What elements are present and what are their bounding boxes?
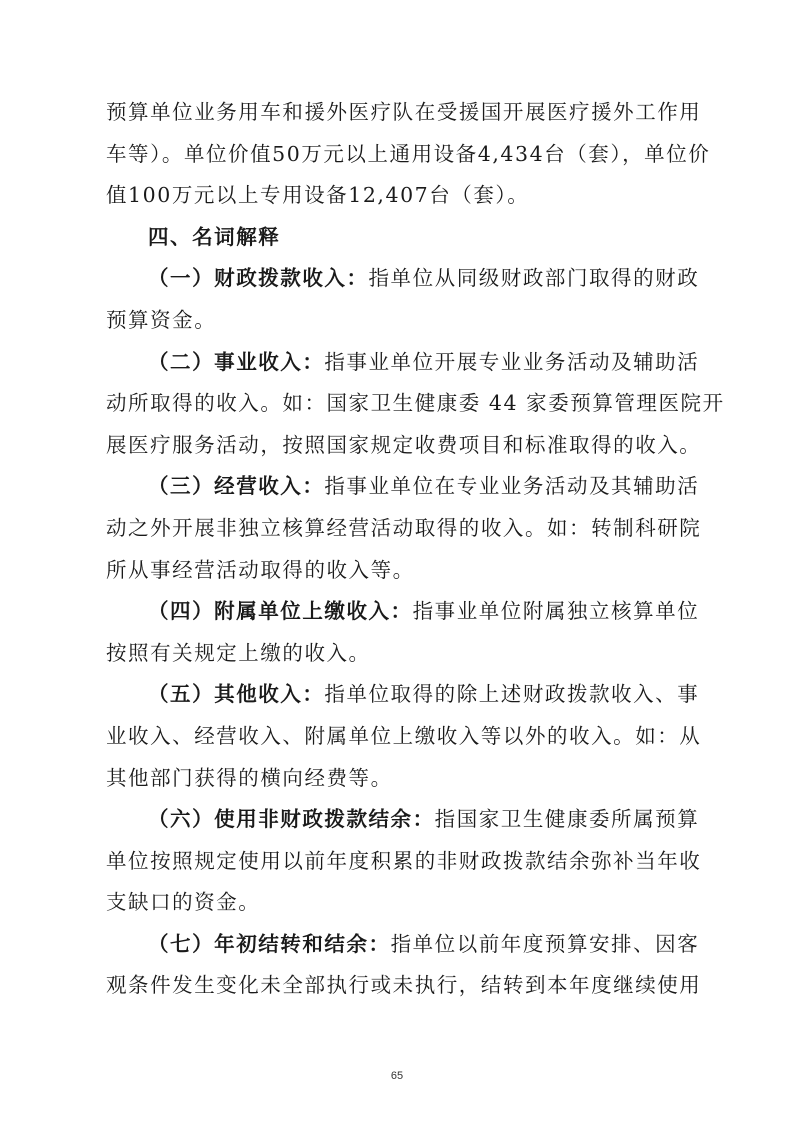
body-text-line: 按照有关规定上缴的收入。 <box>106 633 690 675</box>
term-definition-first-line: （六）使用非财政拨款结余：指国家卫生健康委所属预算 <box>106 799 690 841</box>
term-definition-first-line: （一）财政拨款收入：指单位从同级财政部门取得的财政 <box>106 258 690 300</box>
body-text-line: 所从事经营活动取得的收入等。 <box>106 550 690 592</box>
body-text-line: 车等）。单位价值50万元以上通用设备4,434台（套），单位价 <box>106 134 690 176</box>
page-number: 65 <box>0 1070 794 1082</box>
term-text: 指事业单位在专业业务活动及其辅助活 <box>324 474 699 498</box>
term-label: （六）使用非财政拨款结余： <box>148 807 435 831</box>
term-definition-first-line: （二）事业收入：指事业单位开展专业业务活动及辅助活 <box>106 342 690 384</box>
term-label: （三）经营收入： <box>148 474 324 498</box>
body-text-line: 单位按照规定使用以前年度积累的非财政拨款结余弥补当年收 <box>106 841 690 883</box>
term-text: 指国家卫生健康委所属预算 <box>435 807 700 831</box>
body-text-line: 预算单位业务用车和援外医疗队在受援国开展医疗援外工作用 <box>106 92 690 134</box>
body-text-line: 动之外开展非独立核算经营活动取得的收入。如：转制科研院 <box>106 508 690 550</box>
term-definition-first-line: （七）年初结转和结余：指单位以前年度预算安排、因客 <box>106 924 690 966</box>
body-text-line: 展医疗服务活动，按照国家规定收费项目和标准取得的收入。 <box>106 425 690 467</box>
term-text: 指单位以前年度预算安排、因客 <box>391 932 700 956</box>
body-text-line: 预算资金。 <box>106 300 690 342</box>
term-label: （七）年初结转和结余： <box>148 932 391 956</box>
term-text: 指单位取得的除上述财政拨款收入、事 <box>324 682 699 706</box>
term-label: （二）事业收入： <box>148 350 324 374</box>
term-definition-first-line: （三）经营收入：指事业单位在专业业务活动及其辅助活 <box>106 466 690 508</box>
document-page: 预算单位业务用车和援外医疗队在受援国开展医疗援外工作用 车等）。单位价值50万元… <box>106 92 690 1007</box>
body-text-line: 其他部门获得的横向经费等。 <box>106 758 690 800</box>
body-text-line: 动所取得的收入。如：国家卫生健康委 44 家委预算管理医院开 <box>106 383 690 425</box>
term-definition-first-line: （五）其他收入：指单位取得的除上述财政拨款收入、事 <box>106 674 690 716</box>
body-text-line: 观条件发生变化未全部执行或未执行，结转到本年度继续使用 <box>106 965 690 1007</box>
term-text: 指事业单位开展专业业务活动及辅助活 <box>324 350 699 374</box>
section-heading: 四、名词解释 <box>106 217 690 259</box>
term-label: （四）附属单位上缴收入： <box>148 599 413 623</box>
term-text: 指事业单位附属独立核算单位 <box>413 599 700 623</box>
body-text-line: 值100万元以上专用设备12,407台（套）。 <box>106 175 690 217</box>
body-text-line: 业收入、经营收入、附属单位上缴收入等以外的收入。如：从 <box>106 716 690 758</box>
term-text: 指单位从同级财政部门取得的财政 <box>369 266 700 290</box>
term-definition-first-line: （四）附属单位上缴收入：指事业单位附属独立核算单位 <box>106 591 690 633</box>
term-label: （一）财政拨款收入： <box>148 266 369 290</box>
term-label: （五）其他收入： <box>148 682 324 706</box>
body-text-line: 支缺口的资金。 <box>106 882 690 924</box>
